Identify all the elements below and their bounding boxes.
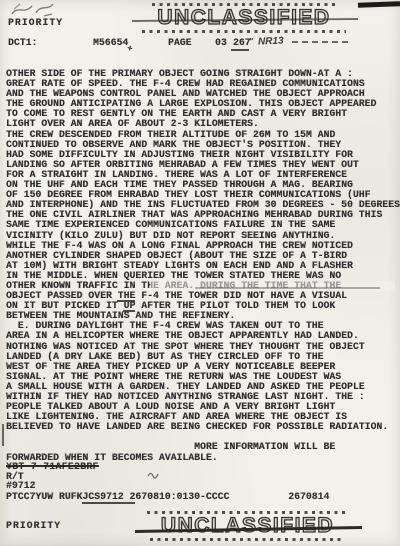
handwritten-plus: + <box>126 43 133 54</box>
margin-line <box>2 424 4 446</box>
handwritten-dashes <box>292 41 348 43</box>
unclassified-stamp-top: UNCLASSIFIED <box>138 3 350 33</box>
header-field-page-label: PAGE <box>168 38 192 48</box>
unclassified-stamp-bottom: UNCLASSIFIED <box>145 511 350 541</box>
header-field-dct: DCT1: <box>8 38 37 48</box>
smear-mark <box>195 287 380 289</box>
scanned-telegram-page: PRIORITY UNCLASSIFIED DCT1: M56654 + PAG… <box>0 0 400 546</box>
stamp-dashes-bottom <box>142 30 346 33</box>
routing-underline <box>82 502 135 504</box>
header-field-julian-date: 267 <box>233 38 251 48</box>
ditto-marks: '' <box>249 37 253 47</box>
routing-line: PTCC7YUW RUFKJCS9712 2670810:0130-CCCC 2… <box>6 492 329 502</box>
header-field-page-number: 03 <box>215 38 227 48</box>
priority-label-top: PRIORITY <box>8 18 63 28</box>
priority-label-bottom: PRIORITY <box>6 521 61 531</box>
pencil-mark <box>147 470 159 479</box>
hand-underline-the <box>117 300 135 302</box>
stamp-dashes-top <box>152 3 336 6</box>
smudge-overlay <box>150 281 395 291</box>
header-field-msgid: M56654 <box>93 38 128 48</box>
corner-mark <box>358 1 400 7</box>
body-text: OTHER SIDE OF THE PRIMARY OBJECT GOING S… <box>6 69 400 463</box>
stamp-dashes-top <box>147 511 348 514</box>
message-number: #9712 <box>6 481 35 491</box>
handwritten-note: NR13 <box>258 36 284 48</box>
julian-underline <box>231 49 249 51</box>
hand-underline-up <box>123 310 135 312</box>
stamp-dashes-bottom <box>150 538 345 541</box>
